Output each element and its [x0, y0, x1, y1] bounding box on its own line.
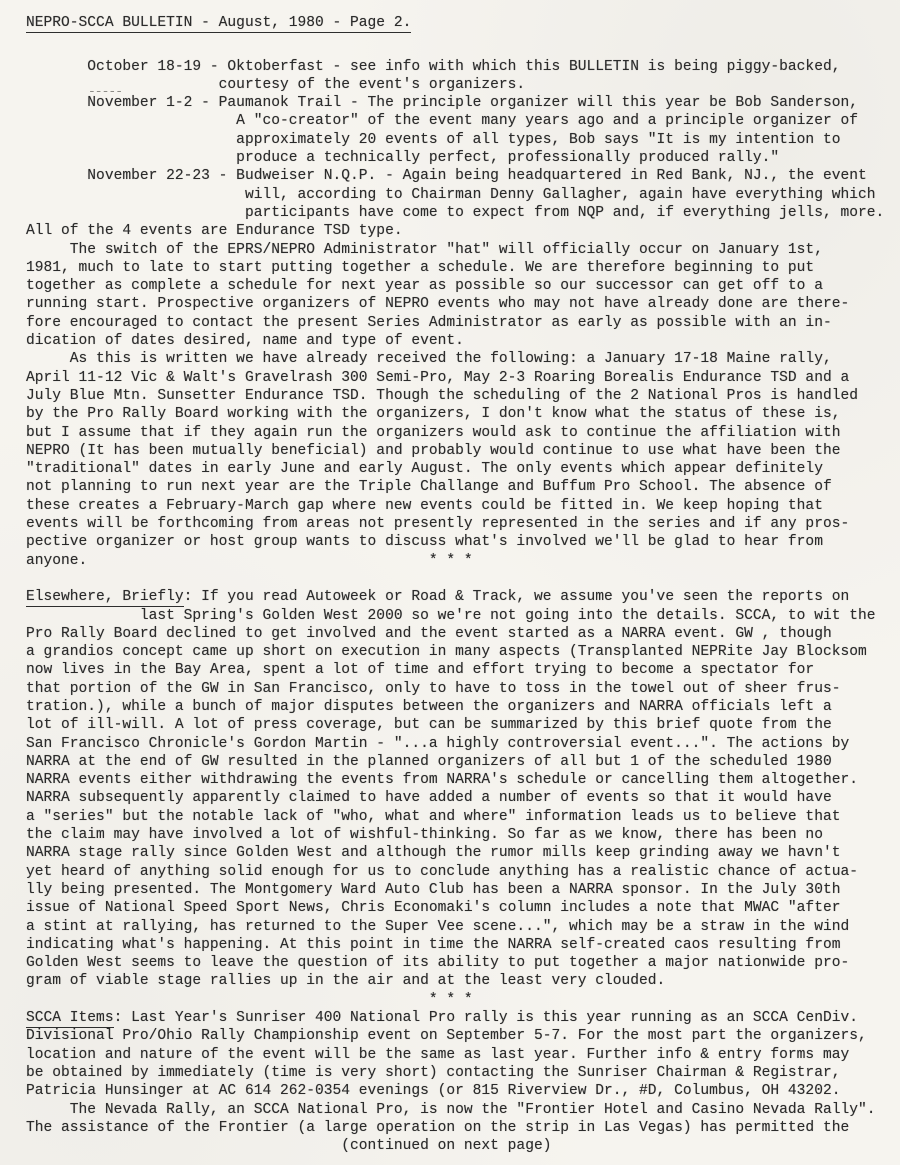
text-line: these creates a February-March gap where…: [26, 497, 896, 515]
text-line: San Francisco Chronicle's Gordon Martin …: [26, 735, 896, 753]
text-line: A "co-creator" of the event many years a…: [26, 112, 896, 130]
text-line: November 1-2 - Paumanok Trail - The prin…: [26, 94, 896, 112]
text-line: As this is written we have already recei…: [26, 350, 896, 368]
text-line: All of the 4 events are Endurance TSD ty…: [26, 222, 896, 240]
text-line: running start. Prospective organizers of…: [26, 295, 896, 313]
text-line: pective organizer or host group wants to…: [26, 533, 896, 551]
text-line: October 18-19 - Oktoberfast - see info w…: [26, 58, 896, 76]
text-line: 1981, much to late to start putting toge…: [26, 259, 896, 277]
text-line: gram of viable stage rallies up in the a…: [26, 972, 896, 990]
text-line: The switch of the EPRS/NEPRO Administrat…: [26, 241, 896, 259]
text-line: November 22-23 - Budweiser N.Q.P. - Agai…: [26, 167, 896, 185]
text-line: "traditional" dates in early June and ea…: [26, 460, 896, 478]
text-line: last Spring's Golden West 2000 so we're …: [26, 607, 896, 625]
text-line: The Nevada Rally, an SCCA National Pro, …: [26, 1101, 896, 1119]
section-heading-elsewhere: Elsewhere, Briefly: If you read Autoweek…: [26, 588, 896, 606]
text-line: * * *: [26, 991, 896, 1009]
text-line: The assistance of the Frontier (a large …: [26, 1119, 896, 1137]
underlined-text: NEPRO-SCCA BULLETIN - August, 1980 - Pag…: [26, 15, 411, 33]
bulletin-text: NEPRO-SCCA BULLETIN - August, 1980 - Pag…: [26, 14, 896, 1155]
underlined-text: Elsewhere, Briefly: [26, 589, 184, 607]
text-line: will, according to Chairman Denny Gallag…: [26, 186, 896, 204]
text-line: NARRA subsequently apparently claimed to…: [26, 789, 896, 807]
text-line: by the Pro Rally Board working with the …: [26, 405, 896, 423]
text-line: lot of ill-will. A lot of press coverage…: [26, 716, 896, 734]
scan-artifact-dashes: -----: [88, 84, 122, 99]
text-line: Divisional Pro/Ohio Rally Championship e…: [26, 1027, 896, 1045]
text-line: [26, 39, 896, 57]
text-line: anyone. * * *: [26, 552, 896, 570]
text-line: but I assume that if they again run the …: [26, 424, 896, 442]
text-line: together as complete a schedule for next…: [26, 277, 896, 295]
text-line: location and nature of the event will be…: [26, 1046, 896, 1064]
text-line: July Blue Mtn. Sunsetter Endurance TSD. …: [26, 387, 896, 405]
page-header: NEPRO-SCCA BULLETIN - August, 1980 - Pag…: [26, 14, 896, 32]
text-line: fore encouraged to contact the present S…: [26, 314, 896, 332]
text-line: dication of dates desired, name and type…: [26, 332, 896, 350]
text-line: indicating what's happening. At this poi…: [26, 936, 896, 954]
text-line: April 11-12 Vic & Walt's Gravelrash 300 …: [26, 369, 896, 387]
line-text: : Last Year's Sunriser 400 National Pro …: [114, 1010, 858, 1026]
text-line: be obtained by immediately (time is very…: [26, 1064, 896, 1082]
text-line: now lives in the Bay Area, spent a lot o…: [26, 661, 896, 679]
text-line: a grandios concept came up short on exec…: [26, 643, 896, 661]
text-line: NARRA events either withdrawing the even…: [26, 771, 896, 789]
text-line: NARRA stage rally since Golden West and …: [26, 844, 896, 862]
text-line: lly being presented. The Montgomery Ward…: [26, 881, 896, 899]
text-line: produce a technically perfect, professio…: [26, 149, 896, 167]
text-line: Patricia Hunsinger at AC 614 262-0354 ev…: [26, 1082, 896, 1100]
text-line: (continued on next page): [26, 1137, 896, 1155]
document-page: NEPRO-SCCA BULLETIN - August, 1980 - Pag…: [0, 0, 900, 1165]
text-line: participants have come to expect from NQ…: [26, 204, 896, 222]
text-line: NEPRO (It has been mutually beneficial) …: [26, 442, 896, 460]
text-line: a "series" but the notable lack of "who,…: [26, 808, 896, 826]
text-line: NARRA at the end of GW resulted in the p…: [26, 753, 896, 771]
text-line: a stint at rallying, has returned to the…: [26, 918, 896, 936]
text-line: courtesy of the event's organizers.: [26, 76, 896, 94]
text-line: the claim may have involved a lot of wis…: [26, 826, 896, 844]
text-line: not planning to run next year are the Tr…: [26, 478, 896, 496]
text-line: Pro Rally Board declined to get involved…: [26, 625, 896, 643]
text-line: Golden West seems to leave the question …: [26, 954, 896, 972]
text-line: yet heard of anything solid enough for u…: [26, 863, 896, 881]
text-line: that portion of the GW in San Francisco,…: [26, 680, 896, 698]
text-line: [26, 570, 896, 588]
text-line: approximately 20 events of all types, Bo…: [26, 131, 896, 149]
text-line: events will be forthcoming from areas no…: [26, 515, 896, 533]
text-line: tration.), while a bunch of major disput…: [26, 698, 896, 716]
text-line: issue of National Speed Sport News, Chri…: [26, 899, 896, 917]
section-heading-scca: SCCA Items: Last Year's Sunriser 400 Nat…: [26, 1009, 896, 1027]
line-text: : If you read Autoweek or Road & Track, …: [184, 589, 850, 605]
underlined-text: SCCA Items: [26, 1010, 114, 1028]
